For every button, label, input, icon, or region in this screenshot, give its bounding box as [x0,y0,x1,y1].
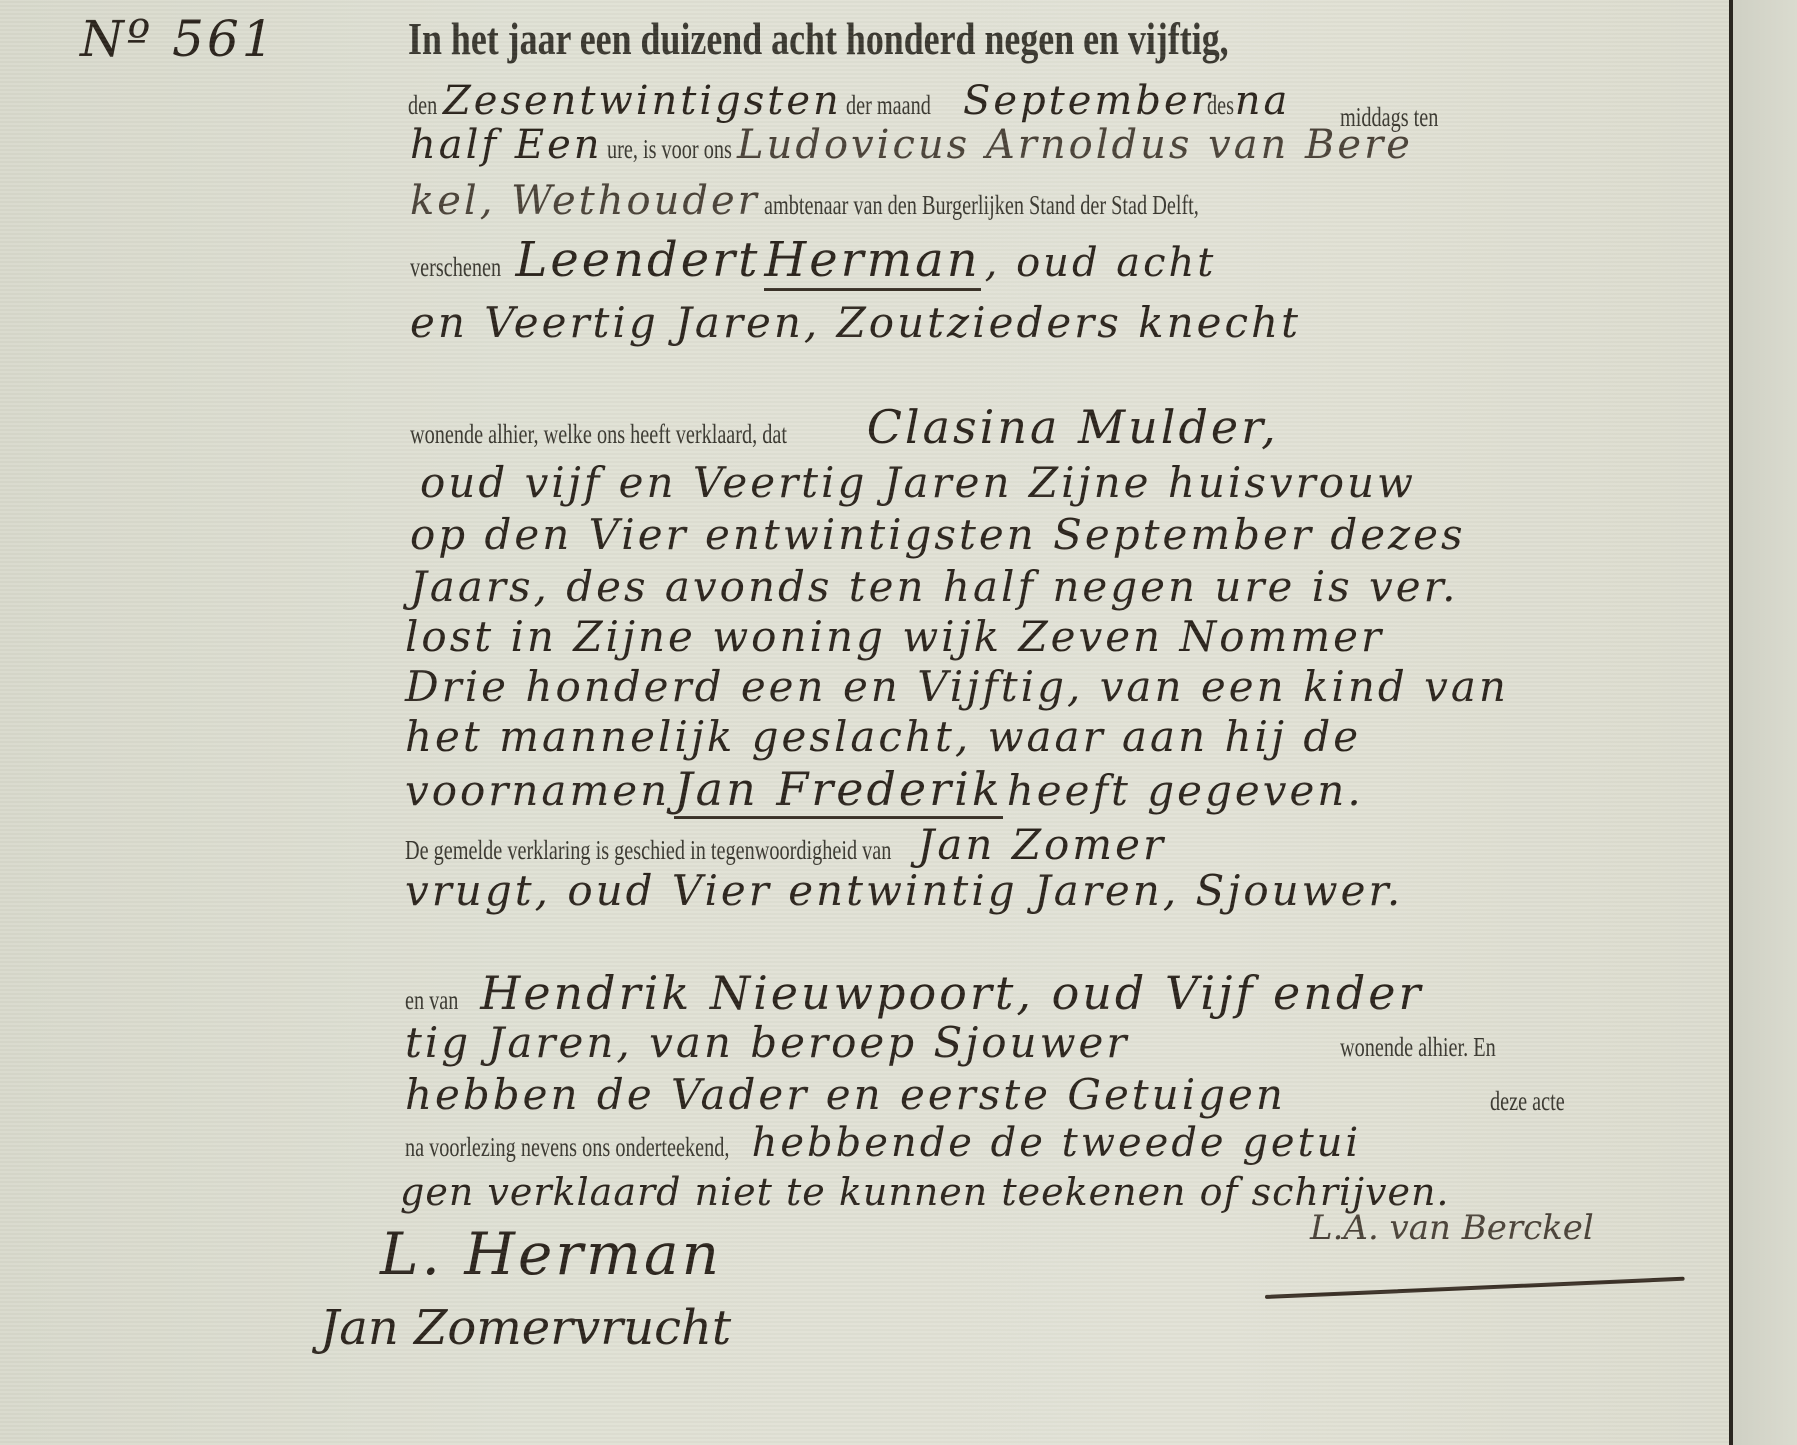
hw-house-number: Drie honderd een en Vijftig, van een kin… [405,662,1509,711]
line-hour: half Een ure, is voor ons Ludovicus Arno… [410,122,1413,168]
hw-na: na [1235,78,1291,124]
hw-birth-place: lost in Zijne woning wijk Zeven Nommer [405,612,1384,661]
line-official: kel, Wethouder ambtenaar van den Burgerl… [410,178,1344,224]
hw-witness-2a: Hendrik Nieuwpoort, oud Vijf ender [480,966,1423,1020]
hw-declarant-last: Herman [764,232,980,291]
hw-birth-time: Jaars, des avonds ten half negen ure is … [410,562,1458,611]
hw-hour: half Een [410,122,603,168]
hw-declarant-first: Leendert [515,232,760,288]
printed-heading: In het jaar een duizend acht honderd neg… [408,12,1460,65]
hw-day: Zesentwintigsten [443,78,842,124]
signature-father: L. Herman [380,1220,722,1288]
signature-flourish [1265,1277,1685,1299]
hw-birth-date: op den Vier entwintigsten September deze… [410,510,1466,559]
hw-official-1: Ludovicus Arnoldus van Bere [737,122,1413,168]
hw-child-name: Jan Frederik [674,762,1003,819]
line-witness-1: De gemelde verklaring is geschied in teg… [405,820,1166,869]
hw-signed-2: hebbende de tweede getui [752,1120,1362,1166]
hw-witness-1b: vrugt, oud Vier entwintig Jaren, Sjouwer… [405,866,1403,915]
line-signed-2: na voorlezing nevens ons onderteekend, h… [405,1120,1361,1166]
hw-mother: Clasina Mulder, [867,400,1279,454]
hw-declarant-age-2: en Veertig Jaren, Zoutzieders knecht [410,298,1301,347]
line-declarant: verschenen Leendert Herman , oud acht [410,232,1216,288]
hw-child-sex: het mannelijk geslacht, waar aan hij de [405,712,1361,761]
line-child-name: voornamen Jan Frederik heeft gegeven. [405,762,1364,816]
line-mother: wonende alhier, welke ons heeft verklaar… [410,400,1279,454]
hw-declarant-age-1: , oud acht [985,240,1217,286]
line-witness-2: en van Hendrik Nieuwpoort, oud Vijf ende… [405,966,1424,1020]
line-date: den Zesentwintigsten der maand September… [408,78,1290,124]
hw-official-2: kel, Wethouder [410,178,760,224]
hw-signed-1: hebben de Vader en eerste Getuigen [405,1070,1286,1119]
hw-mother-age: oud vijf en Veertig Jaren Zijne huisvrou… [420,458,1416,507]
record-number: Nº 561 [80,10,277,68]
hw-witness-2b: tig Jaren, van beroep Sjouwer [405,1018,1130,1067]
signature-official: L.A. van Berckel [1310,1208,1594,1248]
hw-witness-1a: Jan Zomer [918,820,1167,869]
facing-page-edge [1733,0,1797,1445]
certificate-page: Nº 561 In het jaar een duizend acht hond… [0,0,1733,1445]
signature-witness: Jan Zomervrucht [320,1300,731,1356]
hw-month: September [963,78,1213,124]
hw-signed-3: gen verklaard niet te kunnen teekenen of… [400,1170,1450,1214]
